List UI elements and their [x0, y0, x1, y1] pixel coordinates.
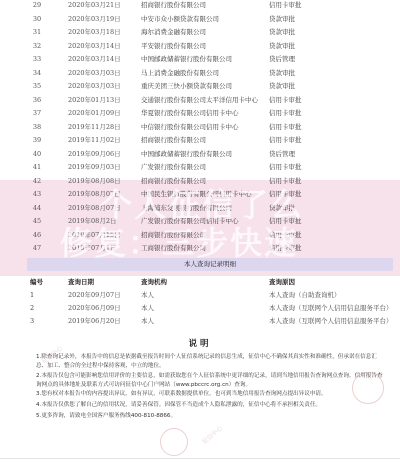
- cell-reason: 贷款审批: [269, 202, 295, 215]
- cell-no: 31: [30, 26, 44, 39]
- column-header-no: 编号: [30, 276, 43, 288]
- cell-date: 2019年09月06日: [68, 148, 121, 161]
- table-row: 382019年11月28日中信银行股份有限公司信用卡中心信用卡审批: [0, 121, 400, 134]
- column-header-date: 查询日期: [68, 276, 94, 288]
- cell-org: 本人: [141, 302, 154, 315]
- cell-date: 2020年03月14日: [68, 40, 121, 53]
- cell-org: 本人: [141, 289, 154, 302]
- table-row: 292020年03月21日招商银行股份有限公司信用卡审批: [0, 0, 400, 12]
- cell-reason: 信用卡审批: [269, 175, 302, 188]
- table-row: 372020年01月09日华夏银行股份有限公司信用卡中心信用卡审批: [0, 107, 400, 120]
- cell-org: 工商银行股份有限公司: [141, 242, 206, 255]
- cell-org: 本人: [141, 315, 154, 328]
- table-row: 332020年03月14日中国邮政储蓄银行股份有限公司贷后管理: [0, 53, 400, 66]
- cell-no: 44: [30, 202, 44, 215]
- cell-org: 马上消费金融股份有限公司: [141, 67, 219, 80]
- table-row: 22020年06月09日本人本人查询（互联网个人信用信息服务平台）: [0, 302, 400, 315]
- cell-reason: 信用卡审批: [269, 134, 302, 147]
- cell-no: 41: [30, 161, 44, 174]
- cell-reason: 信用卡审批: [269, 121, 302, 134]
- cell-org: 中国邮政储蓄银行股份有限公司: [141, 148, 232, 161]
- cell-no: 36: [30, 94, 44, 107]
- seal-icon: [352, 372, 384, 404]
- cell-no: 43: [30, 188, 44, 201]
- cell-no: 47: [30, 242, 44, 255]
- table-row: 452019年08月2日广发银行股份有限公司信用卡中心信用卡审批: [0, 215, 400, 228]
- table-row: 352020年03月03日重庆美团三快小额贷款有限公司贷款审批: [0, 80, 400, 93]
- cell-date: 2019年08月07日: [68, 188, 121, 201]
- table-row: 422019年08月08日招商银行股份有限公司信用卡审批: [0, 175, 400, 188]
- cell-reason: 本人查询（互联网个人信用信息服务平台）: [269, 302, 393, 315]
- cell-org: 交通银行股份有限公司太平洋信用卡中心: [141, 94, 258, 107]
- cell-org: 中国邮政储蓄银行股份有限公司: [141, 53, 232, 66]
- cell-no: 35: [30, 80, 44, 93]
- cell-reason: 信用卡审批: [269, 161, 302, 174]
- cell-org: 招商银行股份有限公司: [141, 229, 206, 242]
- page-divider: [0, 458, 400, 459]
- cell-org: 中国民生银行股份有限公司信用卡中心: [141, 188, 252, 201]
- cell-no: 33: [30, 53, 44, 66]
- table-row: 442019年08月07日上海浦东发展银行股份有限公司贷款审批: [0, 202, 400, 215]
- cell-reason: 贷后管理: [269, 148, 295, 161]
- stamp-watermark: 征信中心: [200, 423, 224, 445]
- cell-reason: 信用卡审批: [269, 215, 302, 228]
- cell-date: 2019年09月03日: [68, 161, 121, 174]
- cell-org: 上海浦东发展银行股份有限公司: [141, 202, 232, 215]
- cell-reason: 信用卡审批: [269, 94, 302, 107]
- seal-icon: [160, 428, 188, 456]
- cell-reason: 信用卡审批: [269, 107, 302, 120]
- cell-no: 46: [30, 229, 44, 242]
- column-header-org: 查询机构: [141, 276, 167, 288]
- cell-date: 2020年03月18日: [68, 26, 121, 39]
- note-item: 5.更多咨询，请致电全国客户服务热线400-810-8866。: [36, 412, 386, 421]
- cell-no: 40: [30, 148, 44, 161]
- table-row: 392019年11月02日招商银行股份有限公司信用卡审批: [0, 134, 400, 147]
- note-item: 4.本报告仅供您了解自己的信用状况，请妥善保管。因保管不当造成个人隐私泄露的，征…: [36, 401, 386, 410]
- cell-org: 重庆美团三快小额贷款有限公司: [141, 80, 232, 93]
- cell-date: 2020年09月07日: [68, 289, 121, 302]
- credit-report-page: 292020年03月21日招商银行股份有限公司信用卡审批302020年03月19…: [0, 0, 400, 462]
- cell-date: 2020年06月09日: [68, 302, 121, 315]
- cell-no: 39: [30, 134, 44, 147]
- cell-date: 2019年08月08日: [68, 175, 121, 188]
- cell-reason: 贷款审批: [269, 67, 295, 80]
- self-inquiry-section-header: 本人查询记录明细: [27, 258, 393, 271]
- cell-date: 2019年06月20日: [68, 315, 121, 328]
- cell-date: 2019年11月02日: [68, 134, 121, 147]
- cell-no: 32: [30, 40, 44, 53]
- cell-date: 2019年11月28日: [68, 121, 121, 134]
- table-row: 432019年08月07日中国民生银行股份有限公司信用卡中心信用卡审批: [0, 188, 400, 201]
- cell-date: 2019年07月15日: [68, 229, 121, 242]
- table-row: 312020年03月18日海尔消费金融有限公司贷款审批: [0, 26, 400, 39]
- table-row: 412019年09月03日广发银行股份有限公司信用卡审批: [0, 161, 400, 174]
- cell-no: 30: [30, 13, 44, 26]
- cell-date: 2019年08月07日: [68, 202, 121, 215]
- table-row: 362020年01月13日交通银行股份有限公司太平洋信用卡中心信用卡审批: [0, 94, 400, 107]
- cell-reason: 贷款审批: [269, 26, 295, 39]
- table-row: 462019年07月15日招商银行股份有限公司信用卡审批: [0, 229, 400, 242]
- cell-no: 38: [30, 121, 44, 134]
- column-header-reason: 查询原因: [269, 276, 295, 288]
- cell-reason: 信用卡审批: [269, 242, 302, 255]
- cell-no: 1: [30, 289, 34, 302]
- cell-org: 中安市众小额贷款有限公司: [141, 13, 219, 26]
- cell-org: 平安银行股份有限公司: [141, 40, 206, 53]
- cell-reason: 信用卡审批: [269, 188, 302, 201]
- cell-date: 2020年03月03日: [68, 67, 121, 80]
- cell-reason: 本人查询（自助查询机）: [269, 289, 341, 302]
- table-row: 322020年03月14日平安银行股份有限公司贷款审批: [0, 40, 400, 53]
- table-row: 302020年03月19日中安市众小额贷款有限公司贷款审批: [0, 13, 400, 26]
- cell-no: 34: [30, 67, 44, 80]
- cell-date: 2020年01月13日: [68, 94, 121, 107]
- cell-org: 广发银行股份有限公司: [141, 161, 206, 174]
- cell-reason: 贷款审批: [269, 80, 295, 93]
- cell-no: 42: [30, 175, 44, 188]
- cell-no: 37: [30, 107, 44, 120]
- cell-date: 2019年08月2日: [68, 215, 116, 228]
- cell-org: 中信银行股份有限公司信用卡中心: [141, 121, 239, 134]
- cell-org: 招商银行股份有限公司: [141, 134, 206, 147]
- cell-date: 2020年01月09日: [68, 107, 121, 120]
- cell-date: 2020年03月19日: [68, 13, 121, 26]
- table-row: 12020年09月07日本人本人查询（自助查询机）: [0, 289, 400, 302]
- cell-org: 广发银行股份有限公司信用卡中心: [141, 215, 239, 228]
- cell-date: 2019年07月1日: [68, 242, 116, 255]
- cell-date: 2020年03月21日: [68, 0, 121, 12]
- cell-date: 2020年03月03日: [68, 80, 121, 93]
- cell-org: 招商银行股份有限公司: [141, 175, 206, 188]
- cell-reason: 信用卡审批: [269, 229, 302, 242]
- cell-no: 3: [30, 315, 34, 328]
- cell-reason: 贷款审批: [269, 40, 295, 53]
- cell-org: 招商银行股份有限公司: [141, 0, 206, 12]
- cell-no: 45: [30, 215, 44, 228]
- table-row: 402019年09月06日中国邮政储蓄银行股份有限公司贷后管理: [0, 148, 400, 161]
- table-row: 342020年03月03日马上消费金融股份有限公司贷款审批: [0, 67, 400, 80]
- cell-no: 2: [30, 302, 34, 315]
- cell-no: 29: [30, 0, 44, 12]
- cell-reason: 信用卡审批: [269, 0, 302, 12]
- cell-org: 华夏银行股份有限公司信用卡中心: [141, 107, 239, 120]
- cell-date: 2020年03月14日: [68, 53, 121, 66]
- note-item: 2.本报告仅包含可能影响您信用评价的主要信息，如需获取您在个人征信系统中更详细的…: [36, 372, 386, 390]
- table-row: 472019年07月1日工商银行股份有限公司信用卡审批: [0, 242, 400, 255]
- cell-reason: 贷款审批: [269, 13, 295, 26]
- note-item: 3.您有权对本报告中的内容提出异议。如有异议，可联系数据提供单位，也可到当地信用…: [36, 390, 386, 399]
- cell-reason: 本人查询（互联网个人信用信息服务平台）: [269, 315, 393, 328]
- cell-reason: 贷后管理: [269, 53, 295, 66]
- table-row: 32019年06月20日本人本人查询（互联网个人信用信息服务平台）: [0, 315, 400, 328]
- cell-org: 海尔消费金融有限公司: [141, 26, 206, 39]
- note-item: 1.除查询记录外，本报告中的信息是依据截至报告时间个人征信系统记录的信息生成，征…: [36, 353, 386, 371]
